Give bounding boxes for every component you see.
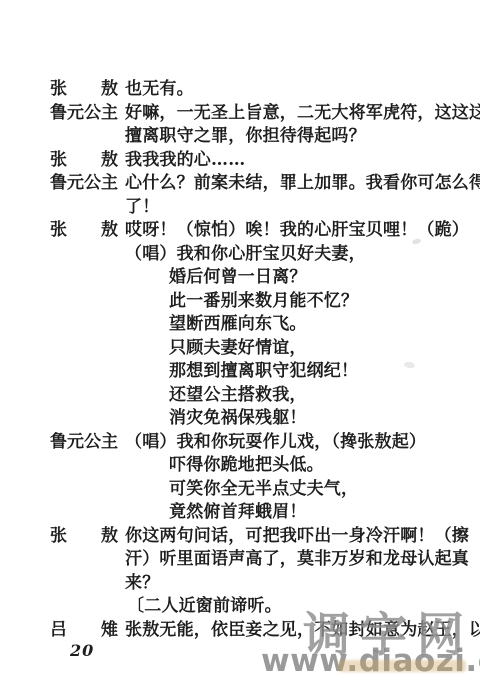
speaker-name: [50, 572, 118, 596]
speaker-name: 鲁元公主: [50, 172, 118, 196]
script-line: 望断西雁向东飞。: [0, 313, 480, 337]
script-line: 鲁元公主 心什么？前案未结，罪上加罪。我看你可怎么得: [0, 172, 480, 196]
speaker-name: [50, 478, 118, 502]
speaker-name: [50, 125, 118, 149]
script-line: 张敖 我我我的心……: [0, 149, 480, 173]
line-text: 消灾免祸保残躯！: [169, 407, 307, 431]
speaker-name: 张敖: [50, 78, 118, 102]
line-text: 可笑你全无半点丈夫气，: [169, 478, 358, 502]
script-line: 张敖 你这两句问话，可把我吓出一身冷汗啊！（擦: [0, 525, 480, 549]
script-line: 鲁元公主 好嘛，一无圣上旨意，二无大将军虎符，这这这: [0, 102, 480, 126]
script-line: 张敖 哎呀！（惊怕）唉！我的心肝宝贝哩！（跪）: [0, 219, 480, 243]
speaker-name: 张敖: [50, 149, 118, 173]
line-text: 我我我的心……: [125, 149, 245, 173]
line-text: 擅离职守之罪，你担待得起吗？: [125, 125, 366, 149]
line-text: 来？: [125, 572, 159, 596]
line-text: 也无有。: [125, 78, 194, 102]
speaker-name: 张敖: [50, 525, 118, 549]
script-line: 了！: [0, 196, 480, 220]
line-text: （唱）我和你玩耍作儿戏，（搀张敖起）: [125, 431, 426, 455]
line-text: 那想到擅离职守犯纲纪！: [169, 360, 358, 384]
script-line: 鲁元公主 （唱）我和你玩耍作儿戏，（搀张敖起）: [0, 431, 480, 455]
speaker-name: [50, 313, 118, 337]
line-text: 还望公主搭救我，: [169, 384, 307, 408]
script-line: 来？: [0, 572, 480, 596]
speaker-name: [50, 501, 118, 525]
line-text: 吓得你跪地把头低。: [169, 454, 324, 478]
speaker-name: 鲁元公主: [50, 102, 118, 126]
speaker-name: 鲁元公主: [50, 431, 118, 455]
script-line: 可笑你全无半点丈夫气，: [0, 478, 480, 502]
script-content: 张敖 也无有。 鲁元公主 好嘛，一无圣上旨意，二无大将军虎符，这这这 擅离职守之…: [0, 78, 480, 642]
line-text: 好嘛，一无圣上旨意，二无大将军虎符，这这这: [125, 102, 480, 126]
speaker-name: 吕雉: [50, 619, 118, 643]
script-line: 此一番别来数月能不忆？: [0, 290, 480, 314]
speaker-name: [50, 243, 118, 267]
speaker-name: [50, 407, 118, 431]
script-line: 吓得你跪地把头低。: [0, 454, 480, 478]
line-text: 心什么？前案未结，罪上加罪。我看你可怎么得: [125, 172, 480, 196]
speaker-name: [50, 196, 118, 220]
script-line: 张敖 也无有。: [0, 78, 480, 102]
speaker-name: [50, 360, 118, 384]
speaker-name: [50, 290, 118, 314]
script-line: 婚后何曾一日离？: [0, 266, 480, 290]
script-line: 只顾夫妻好情谊，: [0, 337, 480, 361]
script-line: 还望公主搭救我，: [0, 384, 480, 408]
line-text: 〔二人近窗前谛听。: [127, 595, 282, 619]
line-text: 你这两句问话，可把我吓出一身冷汗啊！（擦: [125, 525, 469, 549]
line-text: （唱）我和你心肝宝贝好夫妻，: [125, 243, 366, 267]
speaker-name: [50, 337, 118, 361]
line-text: 汗）听里面语声高了，莫非万岁和龙母认起真: [125, 548, 469, 572]
line-text: 望断西雁向东飞。: [169, 313, 307, 337]
script-line: 擅离职守之罪，你担待得起吗？: [0, 125, 480, 149]
speaker-name: [50, 454, 118, 478]
line-text: 此一番别来数月能不忆？: [169, 290, 358, 314]
script-line: 竟然俯首拜蛾眉！: [0, 501, 480, 525]
line-text: 只顾夫妻好情谊，: [169, 337, 307, 361]
line-text: 婚后何曾一日离？: [169, 266, 307, 290]
line-text: 了！: [125, 196, 159, 220]
speaker-name: [50, 595, 118, 619]
watermark-ghost-artifact: [338, 660, 466, 672]
script-line: 汗）听里面语声高了，莫非万岁和龙母认起真: [0, 548, 480, 572]
speaker-name: [50, 548, 118, 572]
line-text: 竟然俯首拜蛾眉！: [169, 501, 307, 525]
speaker-name: [50, 384, 118, 408]
script-line: （唱）我和你心肝宝贝好夫妻，: [0, 243, 480, 267]
book-page: 张敖 也无有。 鲁元公主 好嘛，一无圣上旨意，二无大将军虎符，这这这 擅离职守之…: [0, 0, 480, 690]
speaker-name: 张敖: [50, 219, 118, 243]
script-line: 消灾免祸保残躯！: [0, 407, 480, 431]
speaker-name: [50, 266, 118, 290]
page-number: 20: [70, 641, 94, 660]
